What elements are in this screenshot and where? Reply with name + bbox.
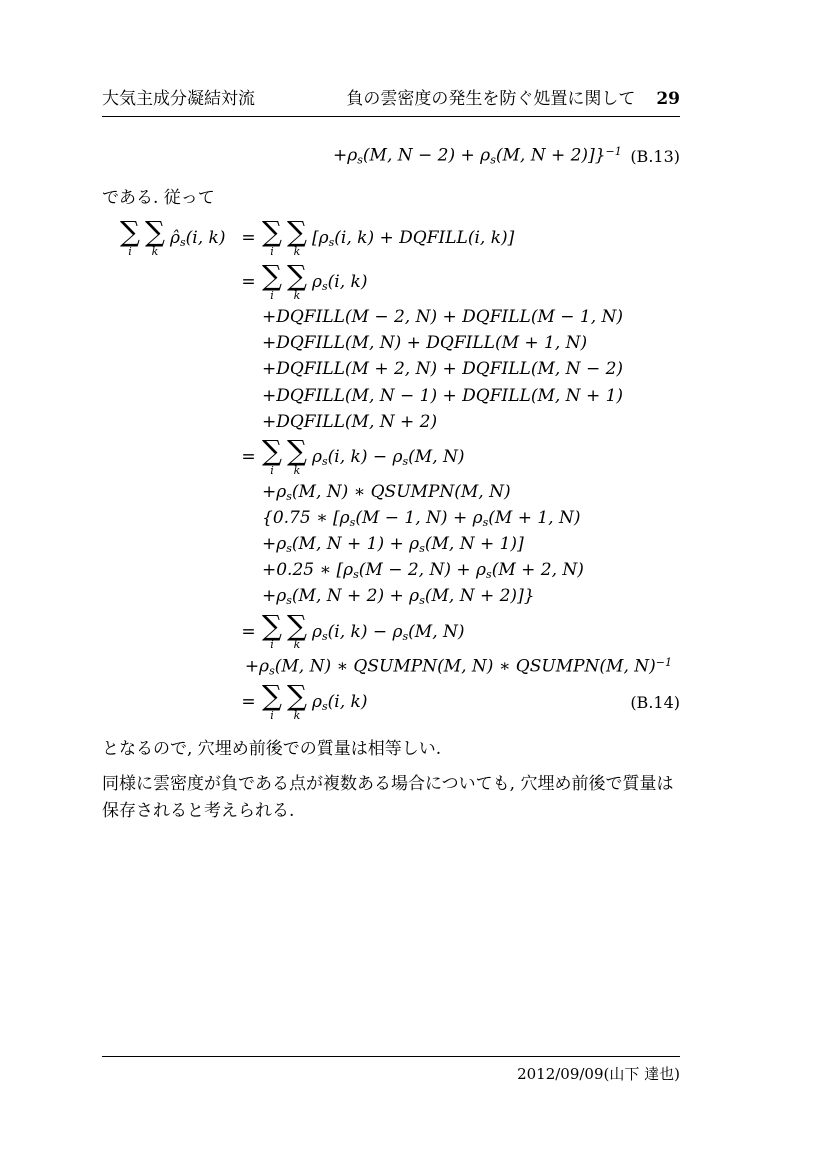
summation-symbol: ∑i xyxy=(262,219,282,256)
equation-rhs: ∑i∑kρs(i, k) − ρs(M, N) xyxy=(262,438,672,475)
sum-index: k xyxy=(294,246,301,257)
sigma-glyph: ∑ xyxy=(287,219,307,244)
sum-index: i xyxy=(270,465,274,476)
math-expression: ρs(i, k) xyxy=(312,272,367,293)
equation-b13-row: +ρs(M, N − 2) + ρs(M, N + 2)]}−1 (B.13) xyxy=(102,143,680,169)
equation-row: +ρs(M, N) ∗ QSUMPN(M, N) xyxy=(102,479,680,505)
sum-index: k xyxy=(294,290,301,301)
summation-symbol: ∑i xyxy=(262,263,282,300)
summation-symbol: ∑k xyxy=(287,683,307,720)
sigma-glyph: ∑ xyxy=(145,219,165,244)
summation-symbol: ∑i xyxy=(262,683,282,720)
equation-row: +ρs(M, N) ∗ QSUMPN(M, N) ∗ QSUMPN(M, N)−… xyxy=(102,654,680,680)
equation-b13-body: +ρs(M, N − 2) + ρs(M, N + 2)]}−1 xyxy=(333,145,622,166)
page-number: 29 xyxy=(656,89,680,109)
math-expression: {0.75 ∗ [ρs(M − 1, N) + ρs(M + 1, N) xyxy=(262,508,580,529)
math-expression: ρs(i, k) − ρs(M, N) xyxy=(312,622,465,643)
sigma-glyph: ∑ xyxy=(262,438,282,463)
equation-rhs: +DQFILL(M, N − 1) + DQFILL(M, N + 1) xyxy=(262,386,672,406)
summation-symbol: ∑k xyxy=(287,263,307,300)
equation-row: +DQFILL(M, N + 2) xyxy=(102,409,680,435)
equation-rhs: +ρs(M, N) ∗ QSUMPN(M, N) ∗ QSUMPN(M, N)−… xyxy=(245,656,672,677)
equation-rhs: +ρs(M, N + 2) + ρs(M, N + 2)]} xyxy=(262,586,672,607)
equation-tag: (B.14) xyxy=(622,693,680,712)
sigma-glyph: ∑ xyxy=(120,219,140,244)
document-page: 大気主成分凝結対流 負の雲密度の発生を防ぐ処置に関して 29 +ρs(M, N … xyxy=(0,0,826,1169)
sigma-glyph: ∑ xyxy=(262,219,282,244)
sum-index: k xyxy=(294,465,301,476)
equation-rhs: +DQFILL(M + 2, N) + DQFILL(M, N − 2) xyxy=(262,359,672,379)
equation-row: =∑i∑kρs(i, k)(B.14) xyxy=(102,680,680,724)
math-expression: +DQFILL(M − 2, N) + DQFILL(M − 1, N) xyxy=(262,307,623,327)
math-expression: ρs(i, k) − ρs(M, N) xyxy=(312,447,465,468)
math-expression: +ρs(M, N) ∗ QSUMPN(M, N) ∗ QSUMPN(M, N)−… xyxy=(245,656,672,677)
sum-index: k xyxy=(152,246,159,257)
equation-row: =∑i∑kρs(i, k) xyxy=(102,260,680,304)
equation-row: {0.75 ∗ [ρs(M − 1, N) + ρs(M + 1, N) xyxy=(102,505,680,531)
equation-row: =∑i∑kρs(i, k) − ρs(M, N) xyxy=(102,610,680,654)
paragraph-multiple-points: 同様に雲密度が負である点が複数ある場合についても, 穴埋め前後で質量は保存される… xyxy=(102,771,680,825)
equation-row: +DQFILL(M, N − 1) + DQFILL(M, N + 1) xyxy=(102,383,680,409)
math-expression: [ρs(i, k) + DQFILL(i, k)] xyxy=(312,228,514,249)
equation-rhs: ∑i∑kρs(i, k) xyxy=(262,683,622,720)
equation-row: +ρs(M, N + 1) + ρs(M, N + 1)] xyxy=(102,531,680,557)
equation-rhs: +DQFILL(M, N) + DQFILL(M + 1, N) xyxy=(262,333,672,353)
equation-block: ∑i∑kρ̂s(i, k)=∑i∑k[ρs(i, k) + DQFILL(i, … xyxy=(102,216,680,724)
equation-row: ∑i∑kρ̂s(i, k)=∑i∑k[ρs(i, k) + DQFILL(i, … xyxy=(102,216,680,260)
sum-index: k xyxy=(294,639,301,650)
equation-rhs: ∑i∑k[ρs(i, k) + DQFILL(i, k)] xyxy=(262,219,672,256)
summation-symbol: ∑k xyxy=(287,219,307,256)
equation-lhs: ∑i∑kρ̂s(i, k) xyxy=(102,219,235,256)
sigma-glyph: ∑ xyxy=(262,613,282,638)
math-expression: +ρs(M, N) ∗ QSUMPN(M, N) xyxy=(262,482,511,503)
equation-rhs: ∑i∑kρs(i, k) xyxy=(262,263,672,300)
lead-text: である. 従って xyxy=(102,185,680,212)
equation-row: +DQFILL(M + 2, N) + DQFILL(M, N − 2) xyxy=(102,356,680,382)
math-expression: ρs(i, k) xyxy=(312,692,367,713)
equation-b13-tag: (B.13) xyxy=(622,147,680,166)
equation-row: +DQFILL(M, N) + DQFILL(M + 1, N) xyxy=(102,330,680,356)
equation-rhs: +ρs(M, N) ∗ QSUMPN(M, N) xyxy=(262,482,672,503)
summation-symbol: ∑i xyxy=(120,219,140,256)
equation-row: +ρs(M, N + 2) + ρs(M, N + 2)]} xyxy=(102,584,680,610)
sigma-glyph: ∑ xyxy=(287,438,307,463)
sum-index: i xyxy=(270,710,274,721)
summation-symbol: ∑i xyxy=(262,613,282,650)
math-expression: +DQFILL(M, N − 1) + DQFILL(M, N + 1) xyxy=(262,386,623,406)
sigma-glyph: ∑ xyxy=(262,683,282,708)
equation-rhs: +DQFILL(M, N + 2) xyxy=(262,412,672,432)
paragraph-mass-equal: となるので, 穴埋め前後での質量は相等しい. xyxy=(102,736,680,763)
sigma-glyph: ∑ xyxy=(262,263,282,288)
header-right-group: 負の雲密度の発生を防ぐ処置に関して 29 xyxy=(346,84,680,109)
equation-relation: = xyxy=(235,692,262,712)
sum-index: i xyxy=(270,246,274,257)
equation-row: +0.25 ∗ [ρs(M − 2, N) + ρs(M + 2, N) xyxy=(102,558,680,584)
summation-symbol: ∑i xyxy=(262,438,282,475)
header-left-title: 大気主成分凝結対流 xyxy=(102,84,255,109)
equation-rhs: +ρs(M, N + 1) + ρs(M, N + 1)] xyxy=(262,534,672,555)
sigma-glyph: ∑ xyxy=(287,683,307,708)
equation-row: +DQFILL(M − 2, N) + DQFILL(M − 1, N) xyxy=(102,304,680,330)
sum-index: i xyxy=(128,246,132,257)
math-expression: +ρs(M, N + 1) + ρs(M, N + 1)] xyxy=(262,534,524,555)
equation-rhs: ∑i∑kρs(i, k) − ρs(M, N) xyxy=(262,613,672,650)
summation-symbol: ∑k xyxy=(145,219,165,256)
main-content: +ρs(M, N − 2) + ρs(M, N + 2)]}−1 (B.13) … xyxy=(102,110,680,825)
math-expression: +DQFILL(M + 2, N) + DQFILL(M, N − 2) xyxy=(262,359,623,379)
math-expression: +DQFILL(M, N + 2) xyxy=(262,412,437,432)
sum-index: i xyxy=(270,290,274,301)
equation-relation: = xyxy=(235,447,262,467)
footer-date-author: 2012/09/09(山下 達也) xyxy=(517,1065,680,1083)
page-footer: 2012/09/09(山下 達也) xyxy=(102,1056,680,1084)
math-expression: +0.25 ∗ [ρs(M − 2, N) + ρs(M + 2, N) xyxy=(262,560,584,581)
sigma-glyph: ∑ xyxy=(287,613,307,638)
equation-row: =∑i∑kρs(i, k) − ρs(M, N) xyxy=(102,435,680,479)
equation-rhs: +0.25 ∗ [ρs(M − 2, N) + ρs(M + 2, N) xyxy=(262,560,672,581)
equation-rhs: +DQFILL(M − 2, N) + DQFILL(M − 1, N) xyxy=(262,307,672,327)
header-center-title: 負の雲密度の発生を防ぐ処置に関して xyxy=(346,84,635,109)
math-expression: ρ̂s(i, k) xyxy=(170,228,225,249)
summation-symbol: ∑k xyxy=(287,438,307,475)
equation-relation: = xyxy=(235,622,262,642)
sum-index: i xyxy=(270,639,274,650)
equation-relation: = xyxy=(235,272,262,292)
equation-relation: = xyxy=(235,228,262,248)
equation-rhs: {0.75 ∗ [ρs(M − 1, N) + ρs(M + 1, N) xyxy=(262,508,672,529)
math-expression: +DQFILL(M, N) + DQFILL(M + 1, N) xyxy=(262,333,587,353)
sum-index: k xyxy=(294,710,301,721)
sigma-glyph: ∑ xyxy=(287,263,307,288)
summation-symbol: ∑k xyxy=(287,613,307,650)
math-expression: +ρs(M, N + 2) + ρs(M, N + 2)]} xyxy=(262,586,535,607)
